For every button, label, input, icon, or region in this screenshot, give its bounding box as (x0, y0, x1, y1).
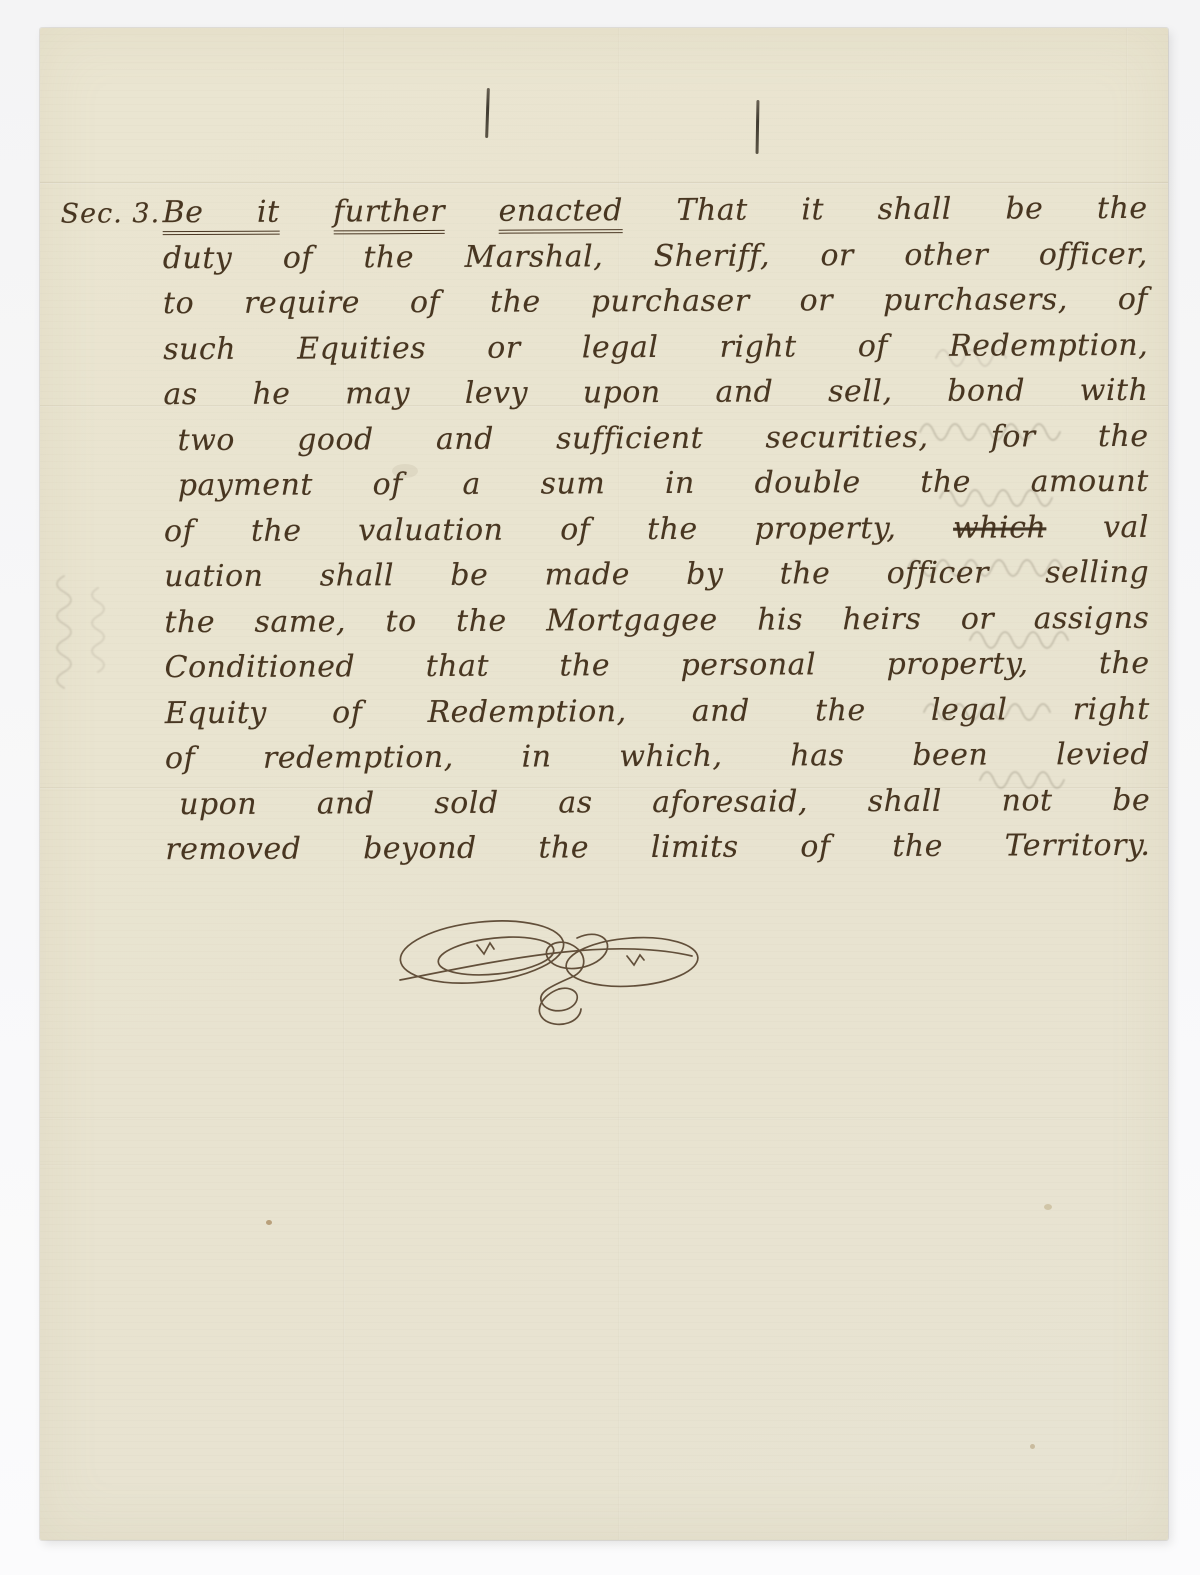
manuscript-text: Sec. 3.Be it further enacted That it sha… (163, 186, 1158, 873)
manuscript-line: Conditioned that the personal property, … (165, 641, 1150, 691)
pin-mark (756, 100, 760, 154)
manuscript-line: as he may levy upon and sell, bond with (163, 368, 1148, 418)
manuscript-line: upon and sold as aforesaid, shall not be (165, 777, 1150, 827)
manuscript-line: two good and sufficient securities, for … (164, 413, 1149, 463)
fold-crease-horizontal (40, 182, 1168, 184)
underlined-word: enacted (499, 193, 623, 234)
manuscript-line: duty of the Marshal, Sheriff, or other o… (163, 231, 1148, 281)
manuscript-line: of the valuation of the property, which … (164, 504, 1149, 554)
manuscript-line: such Equities or legal right of Redempti… (163, 322, 1148, 372)
fold-crease-horizontal (40, 1164, 1168, 1166)
paper-stain (266, 1220, 272, 1225)
paper-stain (1044, 1204, 1052, 1210)
underlined-word: further (333, 194, 445, 234)
line-segment: val (1046, 509, 1149, 544)
manuscript-line: of redemption, in which, has been levied (165, 732, 1150, 782)
manuscript-line: Equity of Redemption, and the legal righ… (165, 686, 1150, 736)
line-segment: of the valuation of the property, (164, 510, 953, 548)
fold-crease-horizontal (40, 1117, 1168, 1119)
pen-flourish (382, 900, 712, 1040)
manuscript-line: the same, to the Mortgagee his heirs or … (164, 595, 1149, 645)
manuscript-line: payment of a sum in double the amount (164, 459, 1149, 509)
opening-rest: That it shall be the (676, 191, 1147, 228)
paper-stain (1030, 1444, 1035, 1449)
manuscript-line: removed beyond the limits of the Territo… (165, 823, 1150, 873)
manuscript-line: uation shall be made by the officer sell… (164, 550, 1149, 600)
struck-word: which (953, 510, 1046, 545)
section-label: Sec. 3. (61, 191, 161, 237)
underlined-word: Be it (163, 195, 280, 236)
pin-mark (485, 88, 490, 138)
manuscript-page: Sec. 3.Be it further enacted That it sha… (40, 28, 1168, 1540)
manuscript-line: to require of the purchaser or purchaser… (163, 277, 1148, 327)
manuscript-line-opening: Sec. 3.Be it further enacted That it sha… (163, 186, 1148, 236)
